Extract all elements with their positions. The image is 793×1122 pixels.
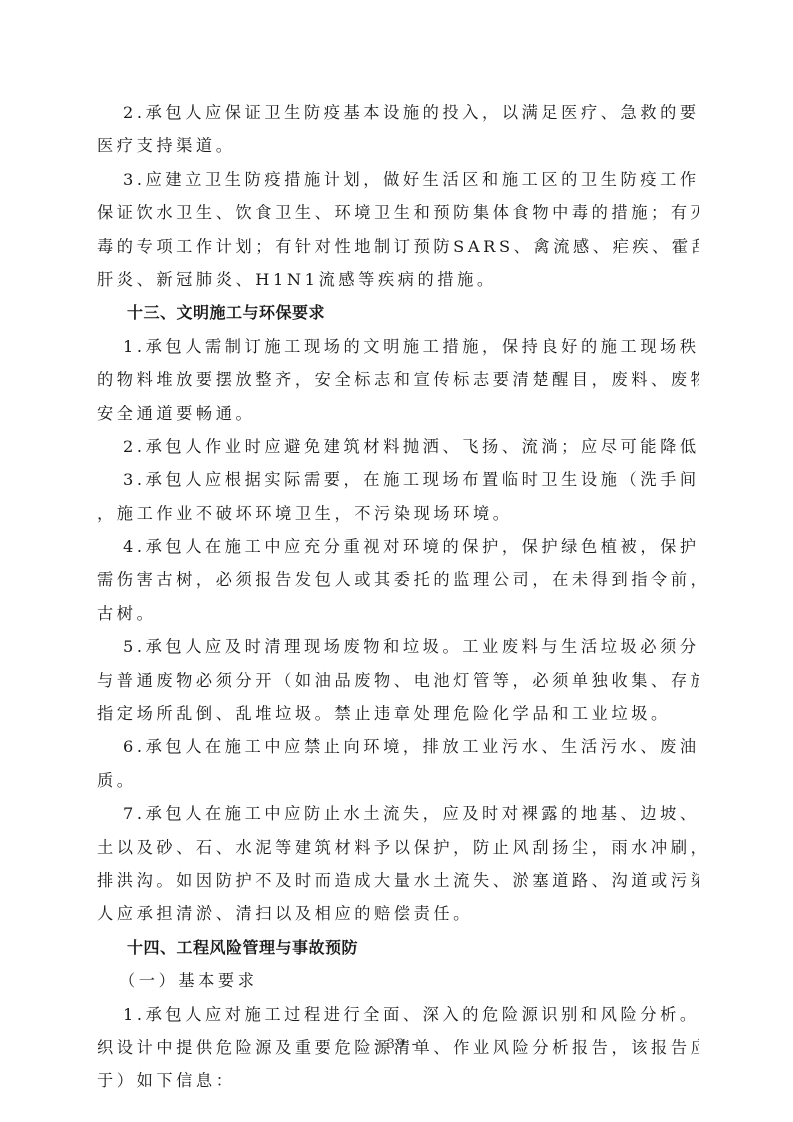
- s13-item-4-line-3: 古树。: [97, 597, 699, 630]
- document-body: 2.承包人应保证卫生防疫基本设施的投入，以满足医疗、急救的要求，建立外部 医疗支…: [97, 96, 699, 1098]
- paragraph-2-line-2: 医疗支持渠道。: [97, 129, 699, 162]
- s13-item-4-line-2: 需伤害古树，必须报告发包人或其委托的监理公司，在未得到指令前，禁止擅自伤害: [97, 563, 699, 596]
- s13-item-3-line-1: 3.承包人应根据实际需要，在施工现场布置临时卫生设施（洗手间、卫生间等）: [97, 463, 699, 496]
- paragraph-3-line-2: 保证饮水卫生、饮食卫生、环境卫生和预防集体食物中毒的措施；有灭蚊、灭鼠和消: [97, 196, 699, 229]
- s13-item-1-line-1: 1.承包人需制订施工现场的文明施工措施，保持良好的施工现场秩序。施工现场: [97, 330, 699, 363]
- paragraph-3-line-1: 3.应建立卫生防疫措施计划，做好生活区和施工区的卫生防疫工作；制定和执行: [97, 163, 699, 196]
- s13-item-6-line-2: 质。: [97, 764, 699, 797]
- s13-item-7-line-2: 土以及砂、石、水泥等建筑材料予以保护，防止风刮扬尘，雨水冲刷，流入下水道、: [97, 831, 699, 864]
- s13-item-3-line-2: ，施工作业不破坏环境卫生，不污染现场环境。: [97, 497, 699, 530]
- s13-item-2-line-1: 2.承包人作业时应避免建筑材料抛洒、飞扬、流淌；应尽可能降低噪音、震动。: [97, 430, 699, 463]
- paragraph-3-line-4: 肝炎、新冠肺炎、H1N1流感等疾病的措施。: [97, 263, 699, 296]
- s13-item-1-line-2: 的物料堆放要摆放整齐，安全标志和宣传标志要清楚醒目，废料、废物要分类收集，: [97, 363, 699, 396]
- s13-item-5-line-3: 指定场所乱倒、乱堆垃圾。禁止违章处理危险化学品和工业垃圾。: [97, 697, 699, 730]
- s13-item-7-line-3: 排洪沟。如因防护不及时而造成大量水土流失、淤塞道路、沟道或污染环境的，承包: [97, 864, 699, 897]
- paragraph-2-line-1: 2.承包人应保证卫生防疫基本设施的投入，以满足医疗、急救的要求，建立外部: [97, 96, 699, 129]
- s13-item-5-line-2: 与普通废物必须分开（如油品废物、电池灯管等，必须单独收集、存放）；禁止在非: [97, 664, 699, 697]
- document-page: 2.承包人应保证卫生防疫基本设施的投入，以满足医疗、急救的要求，建立外部 医疗支…: [0, 0, 793, 1122]
- page-number: - 39 -: [0, 1036, 793, 1053]
- s13-item-4-line-1: 4.承包人在施工中应充分重视对环境的保护，保护绿色植被，保护古树。施工如: [97, 530, 699, 563]
- s13-item-1-line-3: 安全通道要畅通。: [97, 397, 699, 430]
- s14-item-1-line-3: 于）如下信息：: [97, 1064, 699, 1097]
- s14-item-1-line-1: 1.承包人应对施工过程进行全面、深入的危险源识别和风险分析。在施工安全组: [97, 998, 699, 1031]
- s13-item-7-line-4: 人应承担清淤、清扫以及相应的赔偿责任。: [97, 897, 699, 930]
- section-heading-13: 十三、文明施工与环保要求: [97, 296, 699, 329]
- s13-item-7-line-1: 7.承包人在施工中应防止水土流失，应及时对裸露的地基、边坡、开挖出来的沙/: [97, 797, 699, 830]
- s13-item-5-line-1: 5.承包人应及时清理现场废物和垃圾。工业废料与生活垃圾必须分开，有害废物: [97, 630, 699, 663]
- paragraph-3-line-3: 毒的专项工作计划；有针对性地制订预防SARS、禽流感、疟疾、霍乱、肠道传染病、: [97, 230, 699, 263]
- section-heading-14: 十四、工程风险管理与事故预防: [97, 931, 699, 964]
- subsection-heading-basic-requirements: （一）基本要求: [97, 964, 699, 997]
- s13-item-6-line-1: 6.承包人在施工中应禁止向环境，排放工业污水、生活污水、废油或其他有害物: [97, 730, 699, 763]
